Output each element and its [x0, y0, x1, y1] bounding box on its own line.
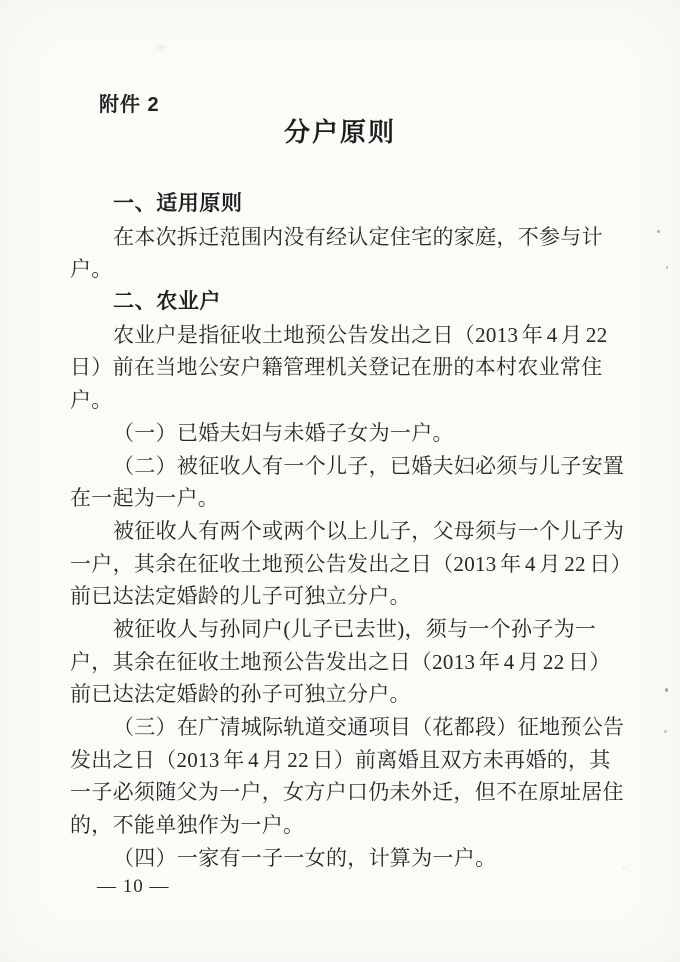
text-line: 户。	[70, 384, 630, 417]
text-line: 发出之日（2013 年 4 月 22 日）前离婚且双方未再婚的，其	[70, 744, 630, 777]
section-heading-line: 一、适用原则	[70, 188, 630, 221]
page-number: — 10 —	[97, 876, 170, 898]
page-title: 分户原则	[0, 112, 680, 149]
scan-speckle	[664, 730, 667, 733]
text-line: 前已达法定婚龄的孙子可独立分户。	[70, 678, 630, 711]
text-line: 户。	[70, 253, 630, 286]
text-line: 一子必须随父为一户，女方户口仍未外迁，但不在原址居住	[70, 776, 630, 809]
text-line: （三）在广清城际轨道交通项目（花都段）征地预公告	[70, 711, 630, 744]
scan-speckle	[666, 266, 668, 269]
text-line: 前已达法定婚龄的儿子可独立分户。	[70, 580, 630, 613]
scan-speckle	[665, 688, 668, 692]
body-text: 一、适用原则在本次拆迁范围内没有经认定住宅的家庭，不参与计户。二、农业户农业户是…	[70, 188, 630, 874]
section-heading-line: 二、农业户	[70, 286, 630, 319]
text-line: 在一起为一户。	[70, 482, 630, 515]
scan-speckle	[657, 230, 660, 233]
text-line: 的，不能单独作为一户。	[70, 809, 630, 842]
text-line: （四）一家有一子一女的，计算为一户。	[70, 842, 630, 875]
text-line: （一）已婚夫妇与未婚子女为一户。	[70, 417, 630, 450]
text-line: 户，其余在征收土地预公告发出之日（2013 年 4 月 22 日）	[70, 646, 630, 679]
text-line: 被征收人有两个或两个以上儿子，父母须与一个儿子为	[70, 515, 630, 548]
text-line: 一户，其余在征收土地预公告发出之日（2013 年 4 月 22 日）	[70, 548, 630, 581]
text-line: （二）被征收人有一个儿子，已婚夫妇必须与儿子安置	[70, 450, 630, 483]
text-line: 农业户是指征收土地预公告发出之日（2013 年 4 月 22	[70, 319, 630, 352]
text-line: 日）前在当地公安户籍管理机关登记在册的本村农业常住	[70, 351, 630, 384]
document-page: 附件 2 分户原则 一、适用原则在本次拆迁范围内没有经认定住宅的家庭，不参与计户…	[0, 0, 680, 962]
text-line: 在本次拆迁范围内没有经认定住宅的家庭，不参与计	[70, 221, 630, 254]
text-line: 被征收人与孙同户(儿子已去世)，须与一个孙子为一	[70, 613, 630, 646]
scan-smudge	[156, 45, 166, 49]
